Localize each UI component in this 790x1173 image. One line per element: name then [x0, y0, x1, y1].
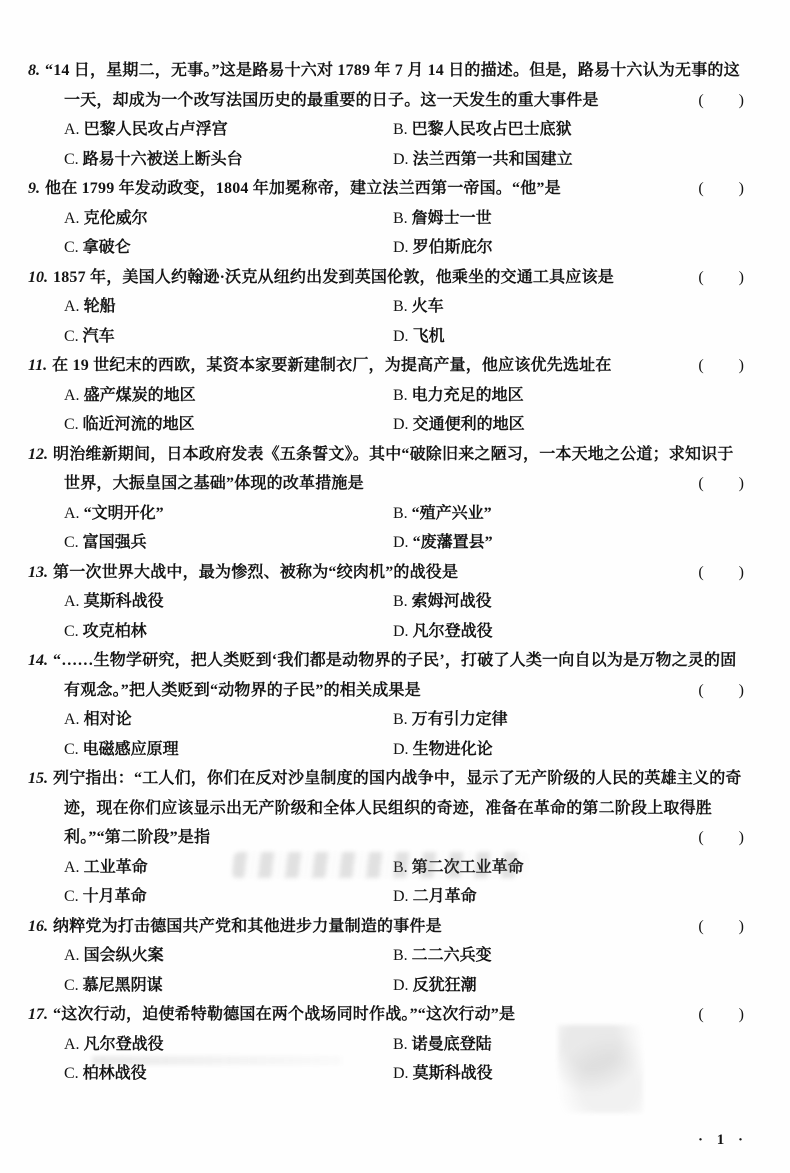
answer-bracket: ( ) [698, 1000, 745, 1030]
option-c: C.路易十六被送上断头台 [64, 145, 393, 175]
answer-bracket: ( ) [698, 558, 745, 588]
question-stem-text: 1857 年，美国人约翰逊·沃克从纽约出发到英国伦敦，他乘坐的交通工具应该是 [53, 269, 614, 286]
question-10: 10.1857 年，美国人约翰逊·沃克从纽约出发到英国伦敦，他乘坐的交通工具应该… [0, 263, 790, 352]
option-label: A. [64, 387, 84, 404]
option-label: D. [393, 534, 413, 551]
question-16: 16.纳粹党为打击德国共产党和其他进步力量制造的事件是( ) A.国会纵火案 B… [0, 912, 790, 1001]
option-a: A.凡尔登战役 [64, 1030, 393, 1060]
question-8: 8.“14 日，星期二，无事。”这是路易十六对 1789 年 7 月 14 日的… [0, 56, 790, 174]
options-grid: A.克伦威尔 B.詹姆士一世 C.拿破仑 D.罗伯斯庇尔 [64, 204, 745, 263]
option-c: C.攻克柏林 [64, 617, 393, 647]
question-stem: 9.他在 1799 年发动政变，1804 年加冕称帝，建立法兰西第一帝国。“他”… [64, 174, 745, 204]
option-c: C.慕尼黑阴谋 [64, 971, 393, 1001]
question-stem: 17.“这次行动，迫使希特勒德国在两个战场同时作战。”“这次行动”是( ) [64, 1000, 745, 1030]
option-label: D. [393, 1065, 413, 1082]
option-label: B. [393, 505, 412, 522]
answer-bracket: ( ) [698, 86, 745, 116]
option-text: 克伦威尔 [84, 210, 148, 227]
option-text: 交通便利的地区 [413, 416, 525, 433]
option-text: 詹姆士一世 [412, 210, 492, 227]
options-grid: A.盛产煤炭的地区 B.电力充足的地区 C.临近河流的地区 D.交通便利的地区 [64, 381, 745, 440]
option-label: B. [393, 387, 412, 404]
option-label: A. [64, 711, 84, 728]
option-text: 柏林战役 [83, 1065, 147, 1082]
option-label: C. [64, 239, 83, 256]
option-label: A. [64, 859, 84, 876]
option-b: B.电力充足的地区 [393, 381, 745, 411]
option-text: 凡尔登战役 [84, 1036, 164, 1053]
option-text: “殖产兴业” [412, 505, 492, 522]
question-9: 9.他在 1799 年发动政变，1804 年加冕称帝，建立法兰西第一帝国。“他”… [0, 174, 790, 263]
option-d: D.飞机 [393, 322, 745, 352]
option-b: B.“殖产兴业” [393, 499, 745, 529]
option-text: 相对论 [84, 711, 132, 728]
option-c: C.富国强兵 [64, 528, 393, 558]
question-15: 15.列宁指出：“工人们，你们在反对沙皇制度的国内战争中，显示了无产阶级的人民的… [0, 764, 790, 912]
option-label: B. [393, 210, 412, 227]
option-label: B. [393, 593, 412, 610]
option-d: D.反犹狂潮 [393, 971, 745, 1001]
question-stem: 14.“……生物学研究，把人类贬到‘我们都是动物界的子民’，打破了人类一向自以为… [64, 646, 745, 705]
question-stem: 11.在 19 世纪末的西欧，某资本家要新建制衣厂，为提高产量，他应该优先选址在… [64, 351, 745, 381]
question-14: 14.“……生物学研究，把人类贬到‘我们都是动物界的子民’，打破了人类一向自以为… [0, 646, 790, 764]
option-d: D.莫斯科战役 [393, 1059, 745, 1089]
option-label: D. [393, 328, 413, 345]
question-stem-text: 他在 1799 年发动政变，1804 年加冕称帝，建立法兰西第一帝国。“他”是 [45, 180, 561, 197]
option-c: C.电磁感应原理 [64, 735, 393, 765]
option-label: C. [64, 888, 83, 905]
option-c: C.临近河流的地区 [64, 410, 393, 440]
question-number: 13. [28, 564, 53, 581]
question-stem: 10.1857 年，美国人约翰逊·沃克从纽约出发到英国伦敦，他乘坐的交通工具应该… [64, 263, 745, 293]
option-text: 巴黎人民攻占卢浮宫 [84, 121, 228, 138]
option-label: D. [393, 239, 413, 256]
option-text: 飞机 [413, 328, 445, 345]
option-b: B.第二次工业革命 [393, 853, 745, 883]
option-label: A. [64, 593, 84, 610]
option-d: D.法兰西第一共和国建立 [393, 145, 745, 175]
option-text: 莫斯科战役 [84, 593, 164, 610]
page-number: · 1 · [698, 1132, 748, 1149]
option-label: C. [64, 328, 83, 345]
option-label: A. [64, 210, 84, 227]
option-label: A. [64, 121, 84, 138]
option-text: 轮船 [84, 298, 116, 315]
option-text: 反犹狂潮 [413, 977, 477, 994]
options-grid: A.轮船 B.火车 C.汽车 D.飞机 [64, 292, 745, 351]
option-label: C. [64, 741, 83, 758]
question-number: 9. [28, 180, 45, 197]
question-number: 16. [28, 918, 53, 935]
option-b: B.巴黎人民攻占巴士底狱 [393, 115, 745, 145]
option-text: 电磁感应原理 [83, 741, 179, 758]
options-grid: A.莫斯科战役 B.索姆河战役 C.攻克柏林 D.凡尔登战役 [64, 587, 745, 646]
option-label: A. [64, 505, 84, 522]
option-b: B.索姆河战役 [393, 587, 745, 617]
option-text: 法兰西第一共和国建立 [413, 151, 573, 168]
option-text: 工业革命 [84, 859, 148, 876]
options-grid: A.相对论 B.万有引力定律 C.电磁感应原理 D.生物进化论 [64, 705, 745, 764]
question-11: 11.在 19 世纪末的西欧，某资本家要新建制衣厂，为提高产量，他应该优先选址在… [0, 351, 790, 440]
option-text: 二二六兵变 [412, 947, 492, 964]
option-label: D. [393, 888, 413, 905]
option-label: D. [393, 416, 413, 433]
option-text: 十月革命 [83, 888, 147, 905]
question-stem-text: “这次行动，迫使希特勒德国在两个战场同时作战。”“这次行动”是 [53, 1006, 515, 1023]
option-label: C. [64, 534, 83, 551]
option-a: A.轮船 [64, 292, 393, 322]
option-text: 生物进化论 [413, 741, 493, 758]
option-text: 路易十六被送上断头台 [83, 151, 243, 168]
option-text: 临近河流的地区 [83, 416, 195, 433]
option-c: C.十月革命 [64, 882, 393, 912]
option-text: 诺曼底登陆 [412, 1036, 492, 1053]
options-grid: A.工业革命 B.第二次工业革命 C.十月革命 D.二月革命 [64, 853, 745, 912]
option-a: A.克伦威尔 [64, 204, 393, 234]
option-a: A.巴黎人民攻占卢浮宫 [64, 115, 393, 145]
option-text: 盛产煤炭的地区 [84, 387, 196, 404]
question-stem: 13.第一次世界大战中，最为惨烈、被称为“绞肉机”的战役是( ) [64, 558, 745, 588]
option-a: A.相对论 [64, 705, 393, 735]
option-b: B.詹姆士一世 [393, 204, 745, 234]
option-text: 电力充足的地区 [412, 387, 524, 404]
answer-bracket: ( ) [698, 823, 745, 853]
option-label: C. [64, 977, 83, 994]
question-stem-text: 在 19 世纪末的西欧，某资本家要新建制衣厂，为提高产量，他应该优先选址在 [52, 357, 611, 374]
options-grid: A.凡尔登战役 B.诺曼底登陆 C.柏林战役 D.莫斯科战役 [64, 1030, 745, 1089]
option-text: “文明开化” [84, 505, 164, 522]
option-text: 国会纵火案 [84, 947, 164, 964]
option-text: 二月革命 [413, 888, 477, 905]
option-text: 慕尼黑阴谋 [83, 977, 163, 994]
option-label: C. [64, 623, 83, 640]
question-stem-text: 列宁指出：“工人们，你们在反对沙皇制度的国内战争中，显示了无产阶级的人民的英雄主… [53, 770, 742, 846]
option-b: B.诺曼底登陆 [393, 1030, 745, 1060]
option-text: 攻克柏林 [83, 623, 147, 640]
option-label: C. [64, 151, 83, 168]
question-stem-text: 明治维新期间，日本政府发表《五条誓文》。其中“破除旧来之陋习，一本天地之公道；求… [53, 446, 734, 493]
questions-list: 8.“14 日，星期二，无事。”这是路易十六对 1789 年 7 月 14 日的… [0, 56, 790, 1089]
question-stem: 16.纳粹党为打击德国共产党和其他进步力量制造的事件是( ) [64, 912, 745, 942]
question-stem-text: 纳粹党为打击德国共产党和其他进步力量制造的事件是 [53, 918, 442, 935]
option-text: 凡尔登战役 [413, 623, 493, 640]
options-grid: A.国会纵火案 B.二二六兵变 C.慕尼黑阴谋 D.反犹狂潮 [64, 941, 745, 1000]
option-d: D.“废藩置县” [393, 528, 745, 558]
question-number: 15. [28, 770, 53, 787]
question-stem: 12.明治维新期间，日本政府发表《五条誓文》。其中“破除旧来之陋习，一本天地之公… [64, 440, 745, 499]
option-text: 万有引力定律 [412, 711, 508, 728]
option-c: C.拿破仑 [64, 233, 393, 263]
option-a: A.莫斯科战役 [64, 587, 393, 617]
answer-bracket: ( ) [698, 469, 745, 499]
option-label: B. [393, 121, 412, 138]
option-label: A. [64, 1036, 84, 1053]
option-a: A.工业革命 [64, 853, 393, 883]
option-label: B. [393, 711, 412, 728]
option-label: D. [393, 741, 413, 758]
option-text: “废藩置县” [413, 534, 493, 551]
options-grid: A.巴黎人民攻占卢浮宫 B.巴黎人民攻占巴士底狱 C.路易十六被送上断头台 D.… [64, 115, 745, 174]
answer-bracket: ( ) [698, 263, 745, 293]
question-stem: 8.“14 日，星期二，无事。”这是路易十六对 1789 年 7 月 14 日的… [64, 56, 745, 115]
exam-page: 8.“14 日，星期二，无事。”这是路易十六对 1789 年 7 月 14 日的… [0, 0, 790, 1173]
option-text: 火车 [412, 298, 444, 315]
option-label: A. [64, 947, 84, 964]
option-text: 巴黎人民攻占巴士底狱 [412, 121, 572, 138]
option-d: D.二月革命 [393, 882, 745, 912]
option-label: A. [64, 298, 84, 315]
answer-bracket: ( ) [698, 174, 745, 204]
option-text: 汽车 [83, 328, 115, 345]
answer-bracket: ( ) [698, 912, 745, 942]
option-text: 罗伯斯庇尔 [413, 239, 493, 256]
question-number: 11. [28, 357, 52, 374]
option-a: A.盛产煤炭的地区 [64, 381, 393, 411]
option-label: D. [393, 623, 413, 640]
question-13: 13.第一次世界大战中，最为惨烈、被称为“绞肉机”的战役是( ) A.莫斯科战役… [0, 558, 790, 647]
options-grid: A.“文明开化” B.“殖产兴业” C.富国强兵 D.“废藩置县” [64, 499, 745, 558]
option-c: C.汽车 [64, 322, 393, 352]
option-b: B.万有引力定律 [393, 705, 745, 735]
question-number: 17. [28, 1006, 53, 1023]
option-a: A.国会纵火案 [64, 941, 393, 971]
option-label: D. [393, 151, 413, 168]
option-c: C.柏林战役 [64, 1059, 393, 1089]
question-stem-text: “……生物学研究，把人类贬到‘我们都是动物界的子民’，打破了人类一向自以为是万物… [53, 652, 736, 699]
option-text: 富国强兵 [83, 534, 147, 551]
answer-bracket: ( ) [698, 676, 745, 706]
question-stem: 15.列宁指出：“工人们，你们在反对沙皇制度的国内战争中，显示了无产阶级的人民的… [64, 764, 745, 853]
question-stem-text: 第一次世界大战中，最为惨烈、被称为“绞肉机”的战役是 [53, 564, 458, 581]
question-12: 12.明治维新期间，日本政府发表《五条誓文》。其中“破除旧来之陋习，一本天地之公… [0, 440, 790, 558]
question-number: 10. [28, 269, 53, 286]
question-number: 14. [28, 652, 53, 669]
answer-bracket: ( ) [698, 351, 745, 381]
option-label: D. [393, 977, 413, 994]
option-label: B. [393, 298, 412, 315]
option-label: B. [393, 1036, 412, 1053]
question-number: 8. [28, 62, 45, 79]
option-label: B. [393, 947, 412, 964]
option-d: D.交通便利的地区 [393, 410, 745, 440]
option-label: B. [393, 859, 412, 876]
option-label: C. [64, 416, 83, 433]
option-b: B.火车 [393, 292, 745, 322]
option-text: 拿破仑 [83, 239, 131, 256]
option-text: 莫斯科战役 [413, 1065, 493, 1082]
question-17: 17.“这次行动，迫使希特勒德国在两个战场同时作战。”“这次行动”是( ) A.… [0, 1000, 790, 1089]
option-a: A.“文明开化” [64, 499, 393, 529]
option-b: B.二二六兵变 [393, 941, 745, 971]
question-number: 12. [28, 446, 53, 463]
option-text: 第二次工业革命 [412, 859, 524, 876]
option-d: D.罗伯斯庇尔 [393, 233, 745, 263]
question-stem-text: “14 日，星期二，无事。”这是路易十六对 1789 年 7 月 14 日的描述… [45, 62, 740, 109]
option-label: C. [64, 1065, 83, 1082]
option-d: D.凡尔登战役 [393, 617, 745, 647]
option-d: D.生物进化论 [393, 735, 745, 765]
option-text: 索姆河战役 [412, 593, 492, 610]
